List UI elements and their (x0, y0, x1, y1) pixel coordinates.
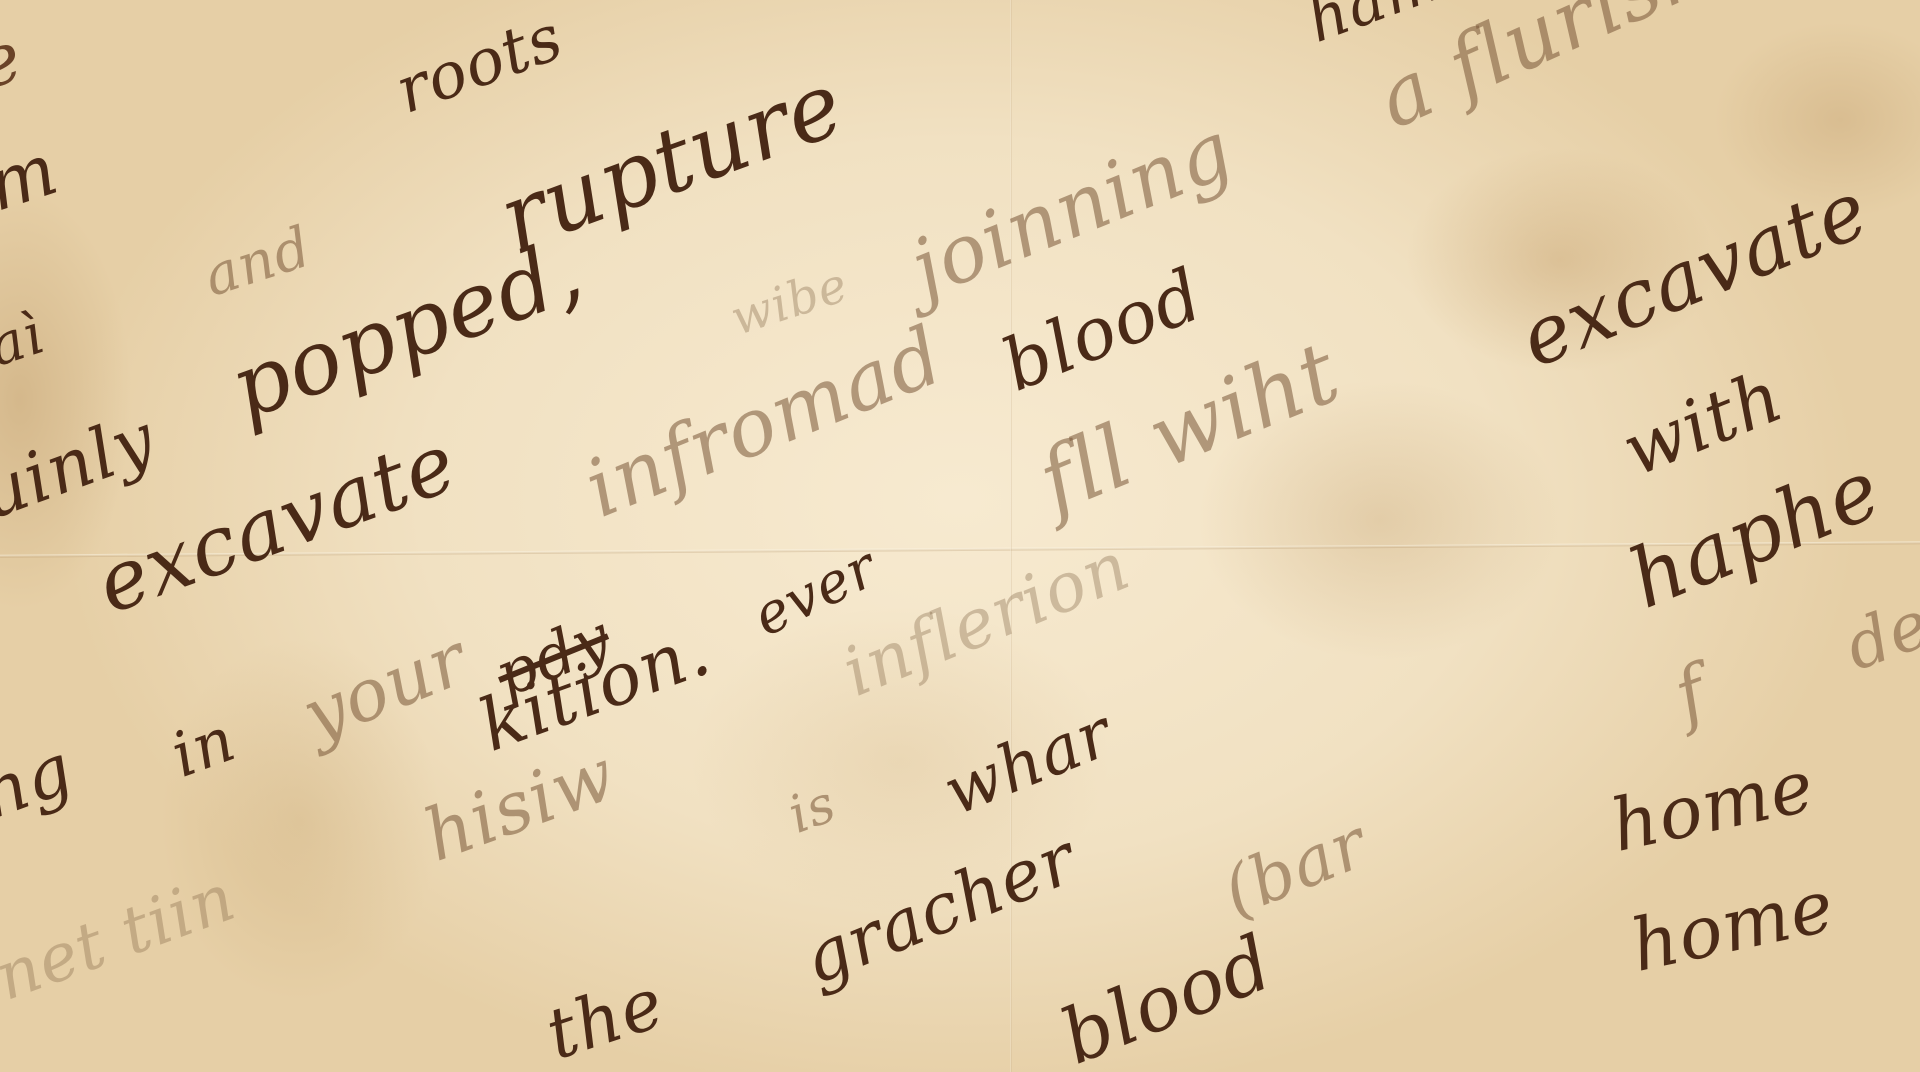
word-infromad: infromad (575, 315, 953, 530)
word-wibe: wibe (725, 260, 854, 343)
word-de: de (1837, 590, 1920, 681)
word-ng-edge: ng (0, 733, 81, 830)
word-roots: roots (388, 5, 571, 124)
word-blood-bottom: blood (1052, 924, 1283, 1072)
word-in: in (164, 708, 243, 787)
word-net-tiin: net tiin (0, 864, 243, 1011)
word-home-lower: home (1625, 869, 1840, 982)
word-your: your (293, 622, 476, 752)
word-with: with (1613, 359, 1792, 487)
word-excavate-right: excavate (1510, 169, 1879, 380)
word-ai-edge: aì (0, 306, 51, 376)
word-inflerion: inflerion (835, 532, 1139, 708)
word-home-upper: home (1605, 749, 1820, 862)
word-uinly-edge: uinly (0, 403, 164, 530)
word-m-edge: m (0, 132, 66, 222)
word-whar: whar (935, 700, 1121, 826)
word-f: f (1665, 655, 1716, 732)
word-bar: (bar (1215, 810, 1377, 928)
word-a-flurish: a flurish (1367, 0, 1723, 142)
aged-paper-background: roots rupture and ham a flurish joinning… (0, 0, 1920, 1072)
word-is: is (782, 778, 842, 842)
word-and: and (198, 219, 318, 306)
word-e-edge: e (0, 20, 30, 100)
word-gracher: gracher (794, 823, 1086, 995)
word-the: the (538, 967, 672, 1070)
